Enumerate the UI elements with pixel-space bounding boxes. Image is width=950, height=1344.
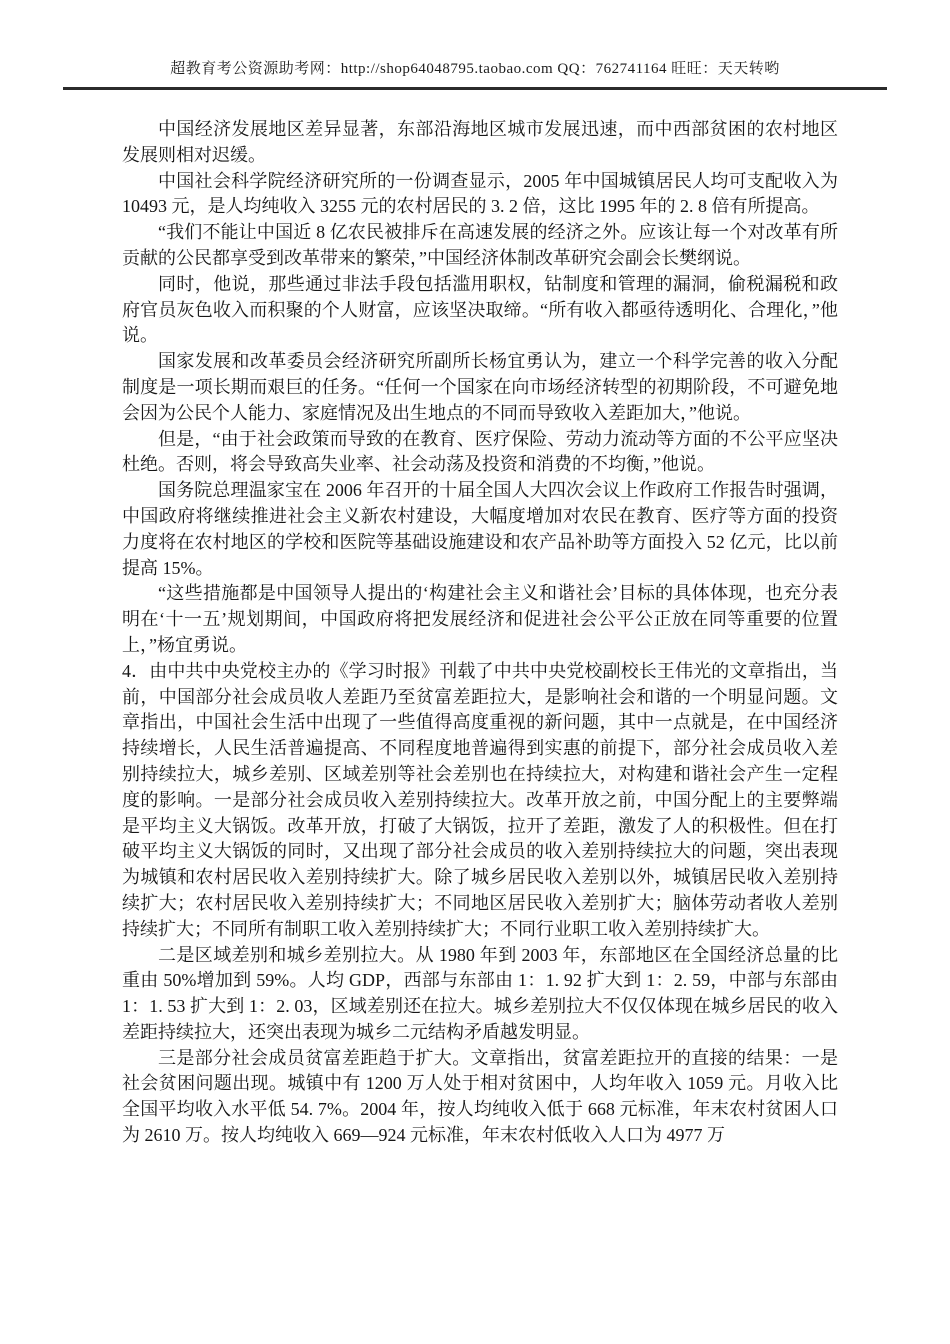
header-divider [63,87,887,90]
paragraph: 国家发展和改革委员会经济研究所副所长杨宜勇认为，建立一个科学完善的收入分配制度是… [122,349,838,426]
paragraph: “这些措施都是中国领导人提出的‘构建社会主义和谐社会’目标的具体体现，也充分表明… [122,581,838,658]
page-header: 超教育考公资源助考网：http://shop64048795.taobao.co… [0,58,950,90]
paragraph: 三是部分社会成员贫富差距趋于扩大。文章指出，贫富差距拉开的直接的结果：一是社会贫… [122,1046,838,1149]
document-page: 超教育考公资源助考网：http://shop64048795.taobao.co… [0,0,950,1344]
paragraph: 同时，他说，那些通过非法手段包括滥用职权，钻制度和管理的漏洞，偷税漏税和政府官员… [122,272,838,349]
document-body: 中国经济发展地区差异显著，东部沿海地区城市发展迅速，而中西部贫困的农村地区发展则… [122,117,838,1149]
header-site-info: 超教育考公资源助考网：http://shop64048795.taobao.co… [0,58,950,80]
paragraph: 中国社会科学院经济研究所的一份调查显示，2005 年中国城镇居民人均可支配收入为… [122,169,838,221]
paragraph: 4．由中共中央党校主办的《学习时报》刊载了中共中央党校副校长王伟光的文章指出，当… [122,659,838,943]
paragraph: 但是，“由于社会政策而导致的在教育、医疗保险、劳动力流动等方面的不公平应坚决杜绝… [122,427,838,479]
paragraph: 中国经济发展地区差异显著，东部沿海地区城市发展迅速，而中西部贫困的农村地区发展则… [122,117,838,169]
paragraph: “我们不能让中国近 8 亿农民被排斥在高速发展的经济之外。应该让每一个对改革有所… [122,220,838,272]
paragraph: 国务院总理温家宝在 2006 年召开的十届全国人大四次会议上作政府工作报告时强调… [122,478,838,581]
paragraph: 二是区域差别和城乡差别拉大。从 1980 年到 2003 年，东部地区在全国经济… [122,943,838,1046]
